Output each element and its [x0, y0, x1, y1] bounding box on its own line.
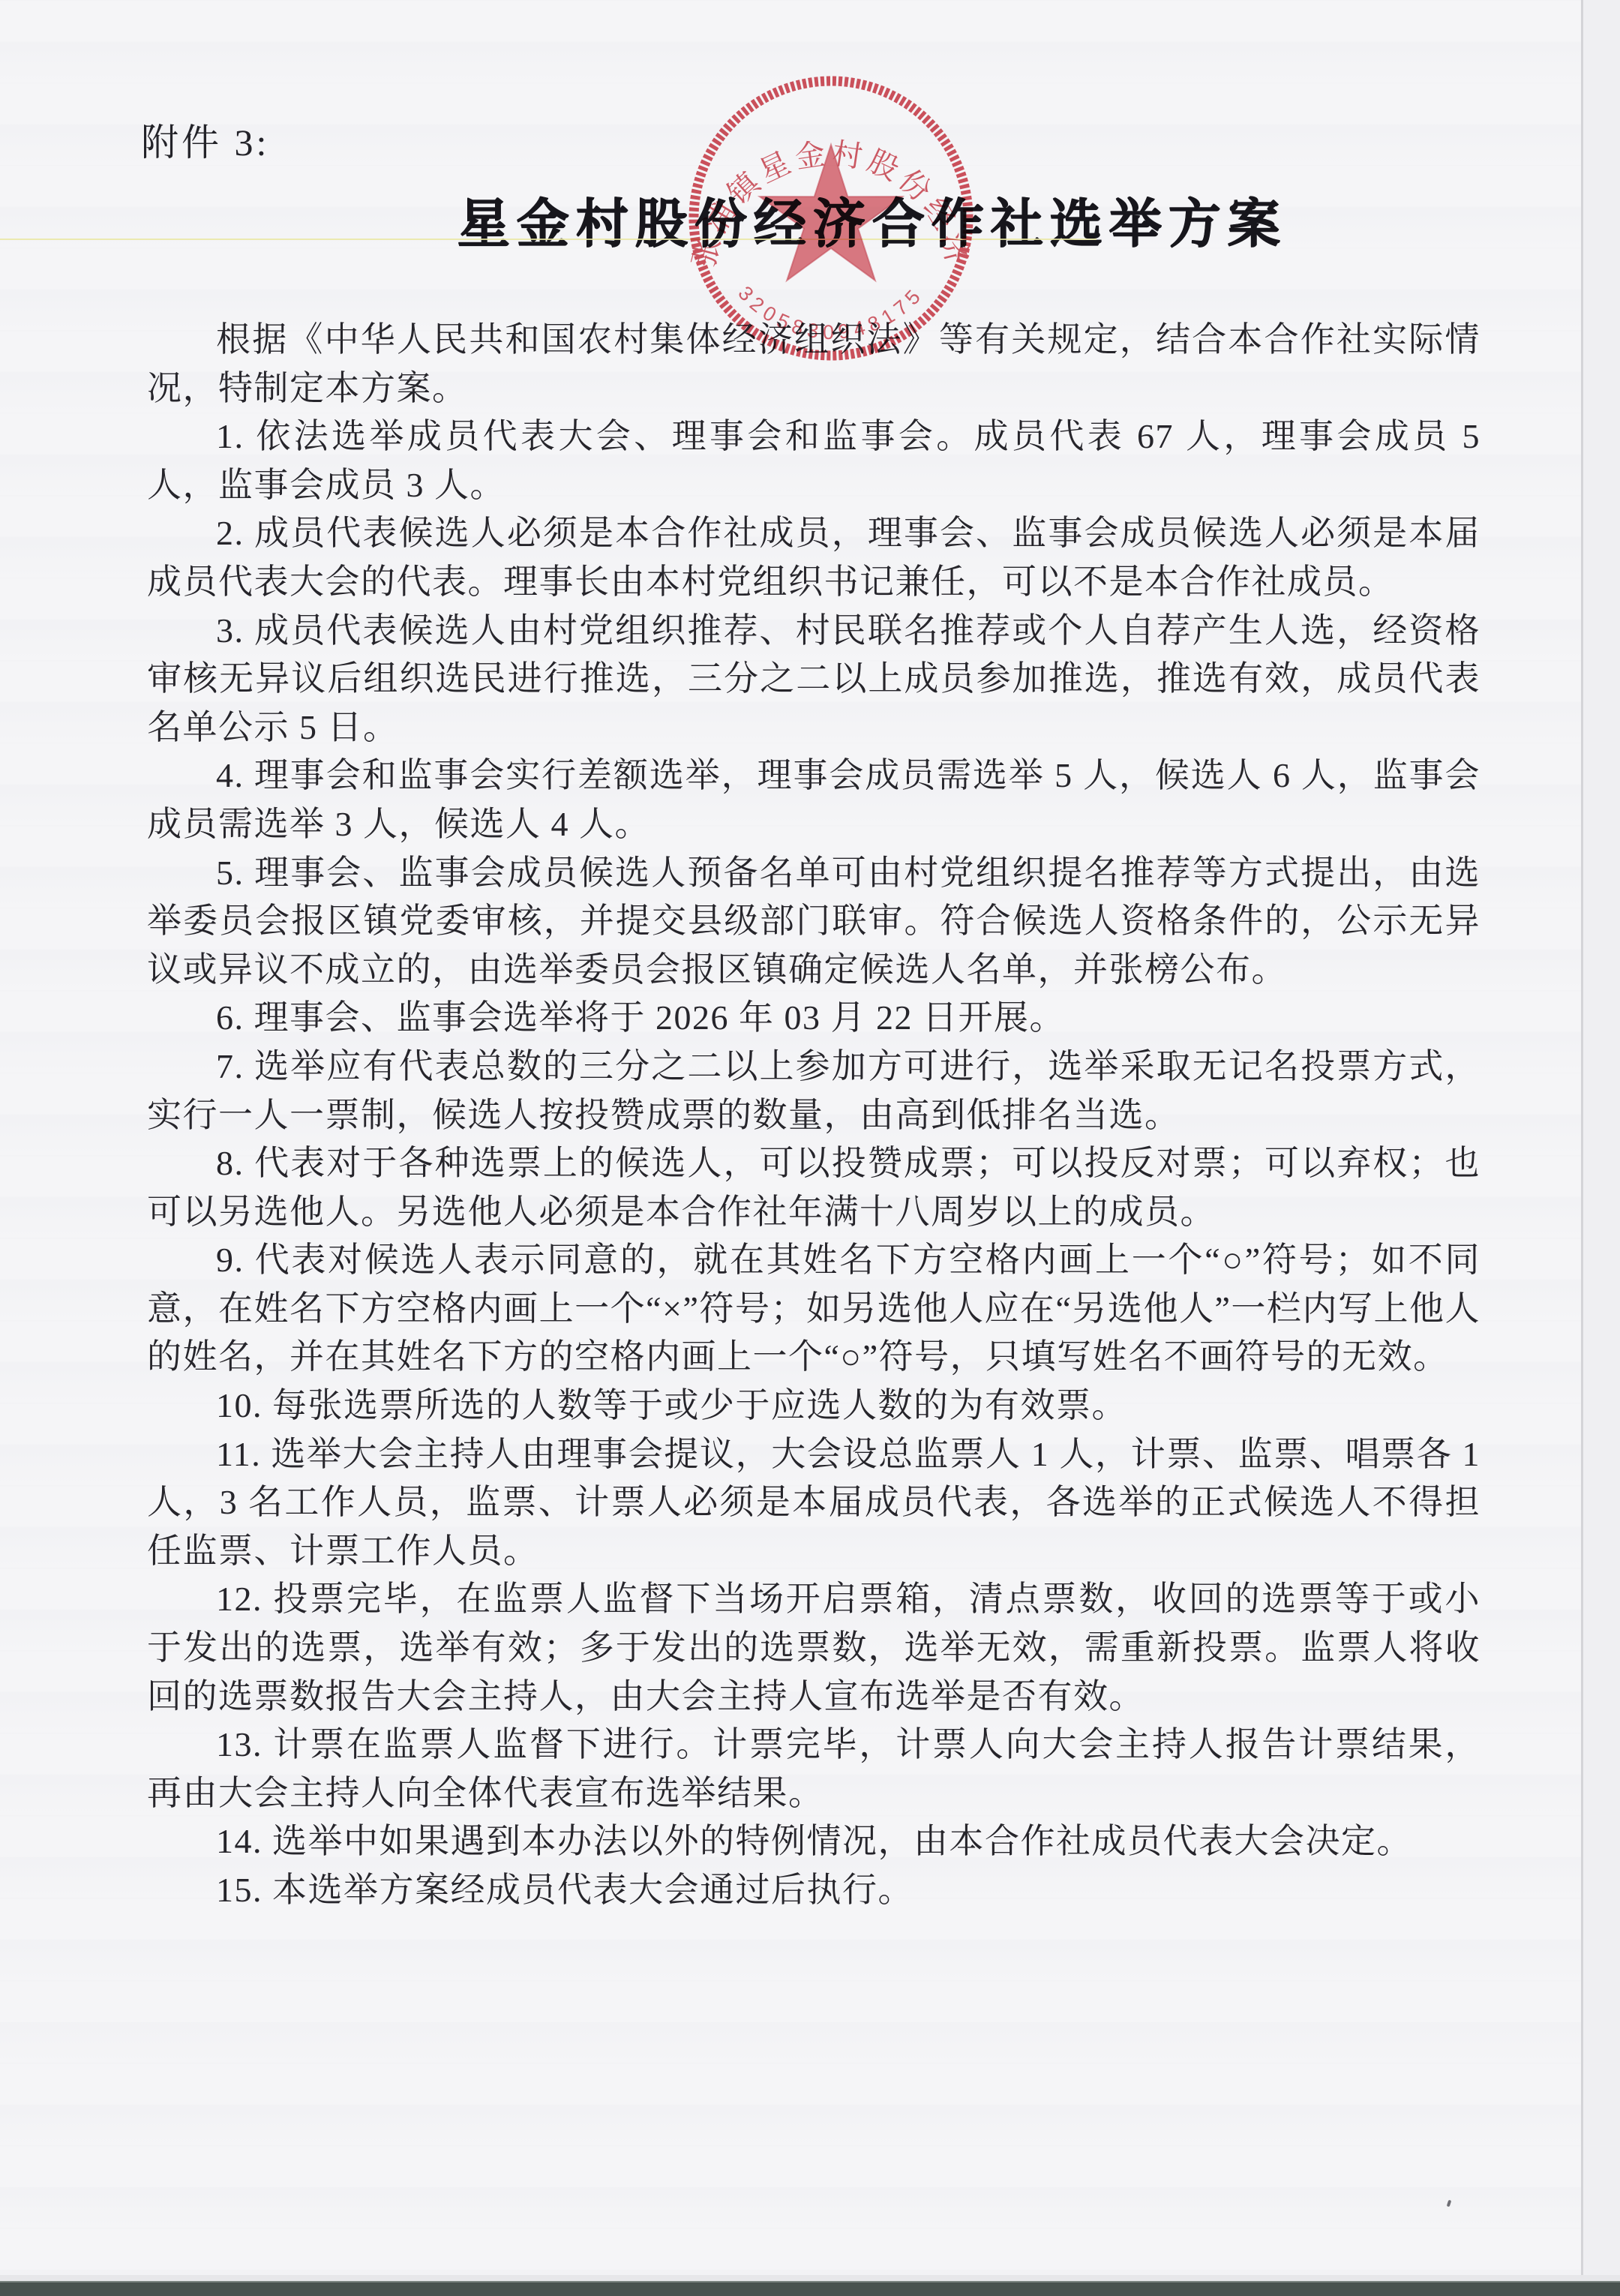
- scan-right-edge: [1583, 0, 1620, 2296]
- paragraph-8: 8. 代表对于各种选票上的候选人，可以投赞成票；可以投反对票；可以弃权；也可以另…: [147, 1139, 1480, 1236]
- paragraph-6: 6. 理事会、监事会选举将于 2026 年 03 月 22 日开展。: [147, 994, 1480, 1043]
- ink-speck: [1447, 2200, 1452, 2207]
- scan-bottom-strip: [0, 2275, 1620, 2281]
- paragraph-13: 13. 计票在监票人监督下进行。计票完毕，计票人向大会主持人报告计票结果，再由大…: [147, 1721, 1480, 1817]
- paragraph-4: 4. 理事会和监事会实行差额选举，理事会成员需选举 5 人，候选人 6 人，监事…: [147, 752, 1480, 848]
- scanned-document-page: 附件 3: 星金村股份经济合作社选举方案 根据《中华人民共和国农村集体经济组织法…: [0, 0, 1620, 2296]
- paragraph-14: 14. 选举中如果遇到本办法以外的特例情况，由本合作社成员代表大会决定。: [147, 1817, 1480, 1866]
- seal-graphic: 昆山市张浦镇星金村股份经济合作社 3205830948175: [673, 61, 988, 376]
- official-red-seal: 昆山市张浦镇星金村股份经济合作社 3205830948175: [673, 61, 988, 376]
- paragraph-9: 9. 代表对候选人表示同意的，就在其姓名下方空格内画上一个“○”符号；如不同意，…: [147, 1236, 1480, 1382]
- paragraph-12: 12. 投票完毕，在监票人监督下当场开启票箱，清点票数，收回的选票等于或小于发出…: [147, 1575, 1480, 1721]
- paragraph-3: 3. 成员代表候选人由村党组织推荐、村民联名推荐或个人自荐产生人选，经资格审核无…: [147, 607, 1480, 752]
- scan-right-edge-shadow: [1581, 0, 1583, 2296]
- paragraph-15: 15. 本选举方案经成员代表大会通过后执行。: [147, 1866, 1480, 1915]
- paragraph-7: 7. 选举应有代表总数的三分之二以上参加方可进行，选举采取无记名投票方式，实行一…: [147, 1043, 1480, 1139]
- document-body: 根据《中华人民共和国农村集体经济组织法》等有关规定，结合本合作社实际情况，特制定…: [147, 316, 1480, 1915]
- attachment-label: 附件 3:: [141, 113, 269, 167]
- paragraph-10: 10. 每张选票所选的人数等于或少于应选人数的为有效票。: [147, 1382, 1480, 1430]
- scan-bottom-bar: [0, 2281, 1620, 2296]
- paragraph-1: 1. 依法选举成员代表大会、理事会和监事会。成员代表 67 人，理事会成员 5 …: [147, 413, 1480, 509]
- paragraph-5: 5. 理事会、监事会成员候选人预备名单可由村党组织提名推荐等方式提出，由选举委员…: [147, 849, 1480, 995]
- paragraph-2: 2. 成员代表候选人必须是本合作社成员，理事会、监事会成员候选人必须是本届成员代…: [147, 509, 1480, 606]
- paragraph-11: 11. 选举大会主持人由理事会提议，大会设总监票人 1 人，计票、监票、唱票各 …: [147, 1430, 1480, 1576]
